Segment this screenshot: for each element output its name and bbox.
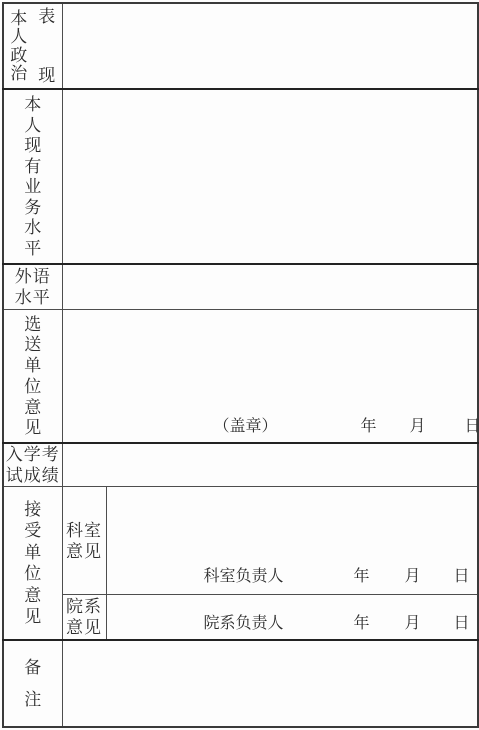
political-label: 本人政治 表 现 (4, 4, 62, 88)
year-label: 年 (354, 610, 370, 633)
sending-unit-signature-line: （盖章） 年 月 日 (63, 310, 478, 442)
remarks-fill-area (62, 640, 478, 727)
row-entrance-exam-score: 入学考 试成绩 (3, 443, 478, 487)
row-foreign-language: 外语 水平 (3, 264, 478, 310)
row-receiving-unit-dept: 接受单位意见 科室 意见 科室负责人 年 月 日 (3, 487, 478, 595)
sending-unit-label: 选送单位意见 (24, 312, 42, 440)
foreign-language-fill-area (62, 264, 478, 310)
faculty-opinion-label-line1: 院系 (63, 596, 106, 617)
row-business-level: 本人现有业务水平 (3, 89, 478, 264)
foreign-language-label-line1: 外语 (4, 266, 62, 287)
foreign-language-label: 外语 水平 (4, 266, 62, 308)
year-label: 年 (354, 563, 370, 586)
remarks-label: 备注 (24, 645, 42, 723)
year-label: 年 (361, 413, 377, 436)
exam-label-cell: 入学考 试成绩 (3, 443, 62, 487)
day-label: 日 (454, 563, 470, 586)
application-form-table: 本人政治 表 现 本人现有业务水平 外语 (2, 2, 479, 728)
political-label-char-top: 表 (38, 8, 55, 25)
dept-opinion-label-cell: 科室 意见 (62, 487, 106, 595)
faculty-opinion-label-line2: 意见 (63, 617, 106, 638)
faculty-opinion-fill-area: 院系负责人 年 月 日 (106, 595, 478, 641)
row-sending-unit-opinion: 选送单位意见 （盖章） 年 月 日 (3, 310, 478, 444)
political-label-col1: 本人政治 (10, 8, 28, 84)
day-label: 日 (465, 413, 478, 436)
seal-label: （盖章） (214, 413, 278, 436)
dept-opinion-label: 科室 意见 (63, 520, 106, 562)
political-label-col2: 表 现 (38, 8, 56, 84)
receiving-unit-label: 接受单位意见 (24, 496, 42, 630)
receiving-unit-label-cell: 接受单位意见 (3, 487, 62, 641)
dept-opinion-fill-area: 科室负责人 年 月 日 (106, 487, 478, 595)
exam-label-line2: 试成绩 (4, 465, 62, 486)
row-remarks: 备注 (3, 640, 478, 727)
remarks-label-cell: 备注 (3, 640, 62, 727)
foreign-language-label-cell: 外语 水平 (3, 264, 62, 310)
dept-signer-label: 科室负责人 (204, 563, 284, 586)
day-label: 日 (454, 610, 470, 633)
month-label: 月 (405, 563, 421, 586)
exam-label: 入学考 试成绩 (4, 444, 62, 486)
business-fill-area (62, 89, 478, 264)
sending-unit-fill-area: （盖章） 年 月 日 (62, 310, 478, 444)
foreign-language-label-line2: 水平 (4, 287, 62, 308)
exam-fill-area (62, 443, 478, 487)
business-label: 本人现有业务水平 (24, 93, 42, 261)
faculty-opinion-label: 院系 意见 (63, 596, 106, 638)
business-label-cell: 本人现有业务水平 (3, 89, 62, 264)
political-fill-area (62, 3, 478, 89)
row-political-performance: 本人政治 表 现 (3, 3, 478, 89)
exam-label-line1: 入学考 (4, 444, 62, 465)
month-label: 月 (405, 610, 421, 633)
dept-opinion-label-line1: 科室 (63, 520, 106, 541)
political-label-cell: 本人政治 表 现 (3, 3, 62, 89)
dept-opinion-label-line2: 意见 (63, 541, 106, 562)
faculty-signer-label: 院系负责人 (204, 610, 284, 633)
sending-unit-label-cell: 选送单位意见 (3, 310, 62, 444)
faculty-signature-line: 院系负责人 年 月 日 (107, 595, 478, 639)
political-label-char-bottom: 现 (38, 67, 55, 84)
scanned-form-page: 本人政治 表 现 本人现有业务水平 外语 (0, 0, 479, 730)
faculty-opinion-label-cell: 院系 意见 (62, 595, 106, 641)
month-label: 月 (410, 413, 426, 436)
row-receiving-unit-faculty: 院系 意见 院系负责人 年 月 日 (3, 595, 478, 641)
dept-signature-line: 科室负责人 年 月 日 (107, 487, 478, 594)
